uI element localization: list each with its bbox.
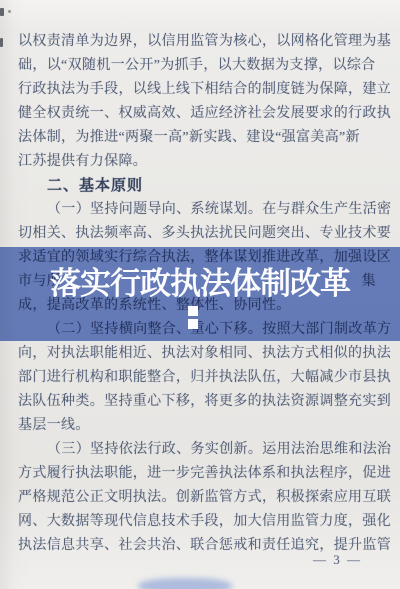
colon-dot <box>188 319 198 329</box>
text-line: 方式履行执法职能，进一步完善执法体系和执法程序，促进 <box>18 462 392 486</box>
text-line: 部门进行机构和职能整合，归并执法队伍，大幅减少市县执 <box>18 366 392 390</box>
text-line: 基层一线。 <box>18 414 392 438</box>
ink-smudge <box>138 578 232 589</box>
text-line: 江苏提供有力保障。 <box>18 150 392 174</box>
text-line: （一）坚持问题导向、系统谋划。在与群众生产生活密 <box>18 198 392 222</box>
scanned-document-page: 以权责清单为边界，以信用监管为核心，以网格化管理为基础，以“双随机一公开”为抓手… <box>0 0 400 589</box>
text-line: 网、大数据等现代信息技术手段，加大信用监管力度，强化 <box>18 510 392 534</box>
text-line: 向，对执法职能相近、执法对象相同、执法方式相似的执法 <box>18 342 392 366</box>
text-line: 础，以“双随机一公开”为抓手，以大数据为支撑，以综合 <box>18 54 392 78</box>
text-line: 行政执法为手段，以线上线下相结合的制度链为保障，建立 <box>18 78 392 102</box>
scan-speck <box>0 38 3 47</box>
text-line: 以权责清单为边界，以信用监管为核心，以网格化管理为基 <box>18 30 392 54</box>
section-heading: 二、基本原则 <box>18 174 392 198</box>
colon-dot <box>188 306 198 316</box>
watermark-title: 落实行政执法体制改革 <box>0 258 400 303</box>
text-line: 切相关、执法频率高、多头执法扰民问题突出、专业技术要 <box>18 222 392 246</box>
page-number: — 3 — <box>313 552 362 568</box>
text-line: 健全权责统一、权威高效、适应经济社会发展要求的行政执 <box>18 102 392 126</box>
text-line: （三）坚持依法行政、务实创新。运用法治思维和法治 <box>18 438 392 462</box>
scan-speck <box>0 8 4 16</box>
text-line: 法体制，为推进“两聚一高”新实践、建设“强富美高”新 <box>18 126 392 150</box>
watermark-colon <box>188 306 198 329</box>
scan-speck <box>8 10 11 13</box>
text-line: 严格规范公正文明执法。创新监管方式，积极探索应用互联 <box>18 486 392 510</box>
text-line: 法队伍种类。坚持重心下移，将更多的执法资源调整充实到 <box>18 390 392 414</box>
